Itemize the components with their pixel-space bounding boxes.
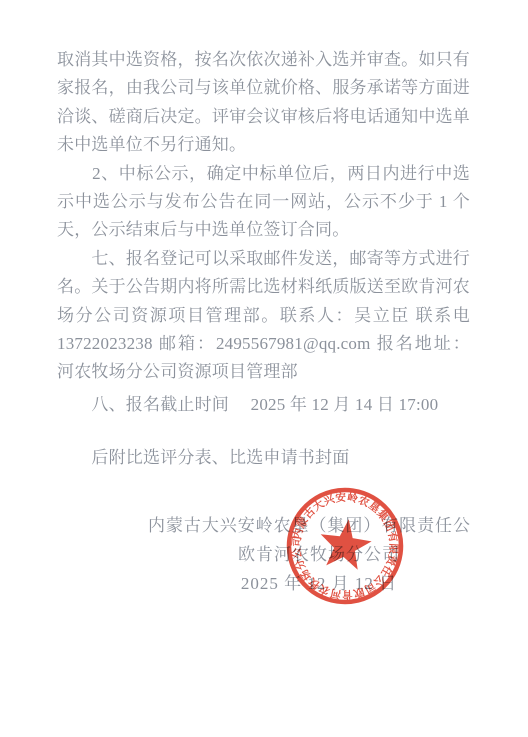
attachment-note-line: 后附比选评分表、比选申请书封面: [57, 444, 470, 472]
document-line: 名。关于公告期内将所需比选材料纸质版送至欧肯河农牧: [57, 273, 470, 301]
document-line: 13722023238 邮箱：2495567981@qq.com 报名地址：欧肯: [57, 330, 470, 358]
scanned-document-page: 取消其中选资格，按名次依次递补入选并审查。如只有 1 家报名，由我公司与该单位就…: [0, 0, 528, 737]
star-icon: [317, 516, 375, 571]
document-line: 示中选公示与发布公告在同一网站，公示不少于 1 个日历: [57, 188, 470, 216]
document-line: 未中选单位不另行通知。: [57, 131, 470, 159]
document-line: 洽谈、磋商后决定。评审会议审核后将电话通知中选单位，: [57, 103, 470, 131]
document-line: 2、中标公示，确定中标单位后，两日内进行中选公: [57, 160, 470, 188]
document-body: 取消其中选资格，按名次依次递补入选并审查。如只有 1 家报名，由我公司与该单位就…: [57, 46, 470, 472]
registration-deadline-line: 八、报名截止时间 2025 年 12 月 14 日 17:00: [57, 391, 470, 419]
document-line: 取消其中选资格，按名次依次递补入选并审查。如只有 1: [57, 46, 470, 74]
document-line: 河农牧场分公司资源项目管理部: [57, 358, 470, 386]
official-seal-stamp: 内蒙古大兴安岭农垦集团有限责任公司欧肯河农牧场分公司: [275, 476, 415, 616]
document-line: 场分公司资源项目管理部。联系人：吴立臣 联系电话：: [57, 302, 470, 330]
document-line: 七、报名登记可以采取邮件发送，邮寄等方式进行报: [57, 245, 470, 273]
document-line: 家报名，由我公司与该单位就价格、服务承诺等方面进行: [57, 74, 470, 102]
document-line: 天，公示结束后与中选单位签订合同。: [57, 216, 470, 244]
